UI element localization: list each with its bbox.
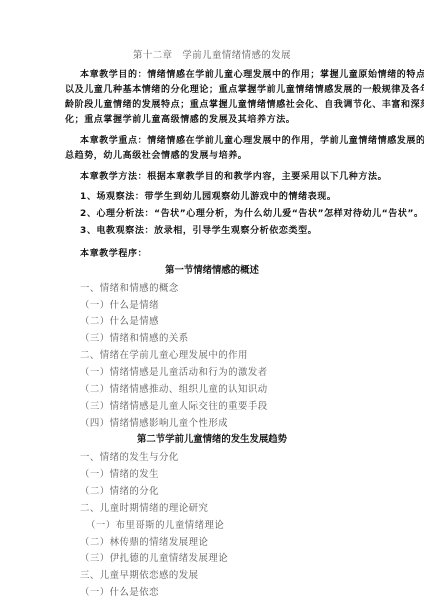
outline-item: （二）什么是情感 <box>80 316 159 328</box>
outline-item: （二）情绪的分化 <box>80 486 159 498</box>
outline-item: 一、情绪的发生与分化 <box>80 452 179 464</box>
outline-item: （二）林传鼎的情绪发展理论 <box>80 537 208 549</box>
outline-item: 二、儿童时期情绪的理论研究 <box>80 503 208 515</box>
section-1-title: 第一节情绪情感的概述 <box>0 265 424 277</box>
outline-item: （一）什么是情绪 <box>80 300 159 312</box>
outline-item: 三、儿童早期依恋感的发展 <box>80 570 199 582</box>
key-points-line-1: 本章教学重点：情绪情感在学前儿童心理发展中的作用，学前儿童情绪情感发展的 <box>80 135 358 147</box>
objectives-line-2: 以及儿童几种基本情绪的分化理论；重点掌握学前儿童情绪情感发展的一般规律及各年 <box>65 84 358 96</box>
outline-item: （一）情绪情感是儿童活动和行为的激发者 <box>80 367 268 379</box>
procedure-label: 本章教学程序： <box>80 248 147 260</box>
objectives-line-4: 化；重点掌握学前儿童高级情感的发展及其培养方法。 <box>65 114 295 126</box>
chapter-title: 第十二章 学前儿童情绪情感的发展 <box>0 50 424 62</box>
outline-item: 一、情绪和情感的概念 <box>80 283 179 295</box>
outline-item: （三）情绪和情感的关系 <box>80 333 189 345</box>
outline-item: （三）情绪情感是儿童人际交往的重要手段 <box>80 401 268 413</box>
outline-item: （一）布里哥斯的儿童情绪理论 <box>86 520 224 532</box>
method-item-2: 2、心理分析法：“告状”心理分析，为什么幼儿爱“告状”怎样对待幼儿“告状”。 <box>80 208 424 220</box>
outline-item: （一）什么是依恋 <box>80 587 159 599</box>
method-item-3: 3、电教观察法：放录相，引导学生观察分析依恋类型。 <box>80 225 317 237</box>
outline-item: 二、情绪在学前儿童心理发展中的作用 <box>80 350 248 362</box>
section-2-title: 第二节学前儿童情绪的发生发展趋势 <box>0 434 424 446</box>
key-points-line-2: 总趋势，幼儿高级社会情感的发展与培养。 <box>65 150 247 162</box>
objectives-line-3: 龄阶段儿童情绪的发展特点；重点掌握儿童情绪情感社会化、自我调节化、丰富和深刻 <box>65 99 358 111</box>
document-page: 第十二章 学前儿童情绪情感的发展 本章教学目的：情绪情感在学前儿童心理发展中的作… <box>0 0 424 600</box>
outline-item: （三）伊扎德的儿童情绪发展理论 <box>80 553 228 565</box>
method-item-1: 1、场观察法：带学生到幼儿园观察幼儿游戏中的情绪表现。 <box>80 191 336 203</box>
outline-item: （二）情绪情感推动、组织儿童的认知识动 <box>80 384 268 396</box>
outline-item: （四）情绪情感影响儿童个性形成 <box>80 418 228 430</box>
objectives-line-1: 本章教学目的：情绪情感在学前儿童心理发展中的作用；掌握儿童原始情绪的特点 <box>80 69 358 81</box>
outline-item: （一）情绪的发生 <box>80 469 159 481</box>
methods-intro: 本章教学方法：根据本章教学目的和教学内容，主要采用以下几种方法。 <box>80 171 387 183</box>
